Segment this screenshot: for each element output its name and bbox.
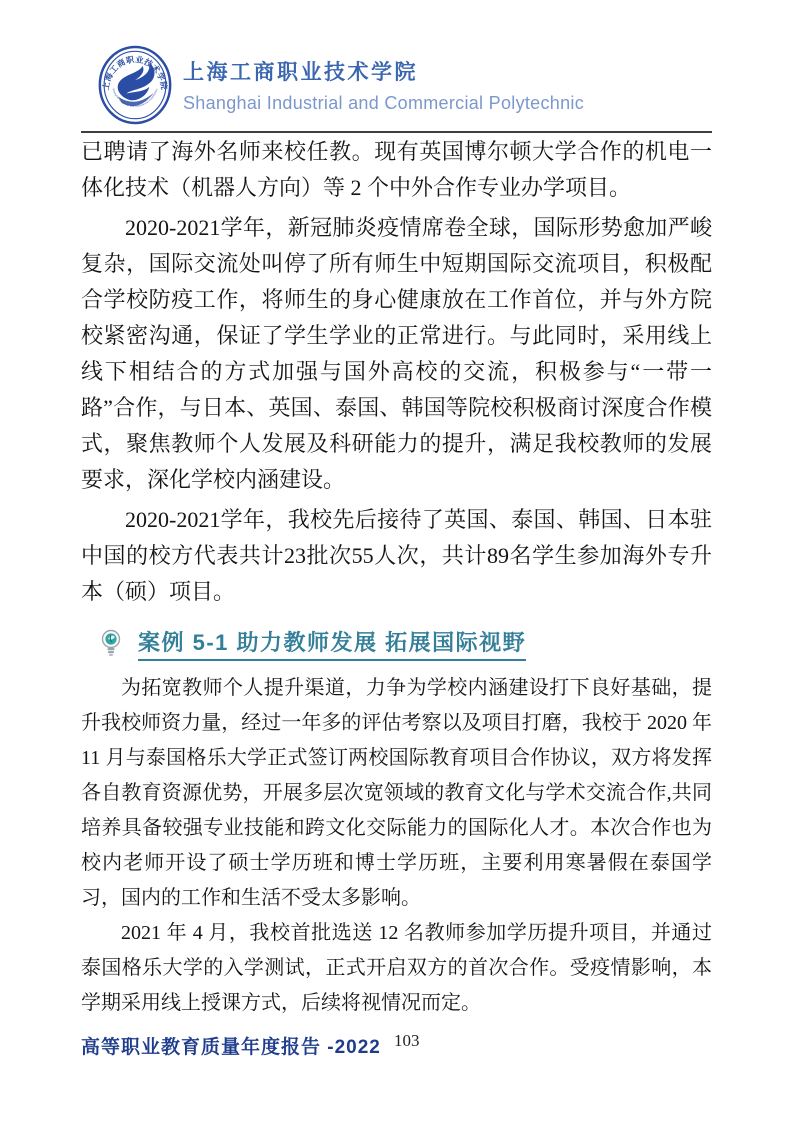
page-content: 已聘请了海外名师来校任教。现有英国博尔顿大学合作的机电一体化技术（机器人方向）等…	[81, 134, 712, 1021]
body-paragraph: 2020-2021学年，我校先后接待了英国、泰国、韩国、日本驻中国的校方代表共计…	[81, 502, 712, 610]
school-name-en: Shanghai Industrial and Commercial Polyt…	[183, 93, 584, 114]
body-paragraph: 已聘请了海外名师来校任教。现有英国博尔顿大学合作的机电一体化技术（机器人方向）等…	[81, 134, 712, 206]
case-paragraph: 2021 年 4 月，我校首批选送 12 名教师参加学历提升项目，并通过泰国格乐…	[81, 916, 712, 1021]
case-study-section: 案例 5-1 助力教师发展 拓展国际视野 为拓宽教师个人提升渠道，力争为学校内涵…	[81, 626, 712, 1021]
case-study-title: 案例 5-1 助力教师发展 拓展国际视野	[138, 626, 526, 661]
footer-report-title: 高等职业教育质量年度报告 -2022	[81, 1032, 381, 1059]
page-number: 103	[394, 1031, 420, 1051]
school-name-zh: 上海工商职业技术学院	[183, 60, 584, 86]
lightbulb-icon	[99, 629, 123, 659]
case-study-heading: 案例 5-1 助力教师发展 拓展国际视野	[99, 626, 712, 661]
case-study-body: 为拓宽教师个人提升渠道，力争为学校内涵建设打下良好基础，提升我校师资力量，经过一…	[81, 671, 712, 1021]
document-page: 上海工商职业技术学院 Shanghai Industrial and Comme…	[0, 0, 793, 1122]
school-emblem-icon: 上海工商职业技术学院 Shanghai Industrial and Comme…	[97, 44, 173, 126]
header-titles: 上海工商职业技术学院 Shanghai Industrial and Comme…	[183, 60, 584, 114]
body-paragraph: 2020-2021学年，新冠肺炎疫情席卷全球，国际形势愈加严峻复杂，国际交流处叫…	[81, 210, 712, 498]
header-divider	[81, 131, 712, 133]
case-paragraph: 为拓宽教师个人提升渠道，力争为学校内涵建设打下良好基础，提升我校师资力量，经过一…	[81, 671, 712, 916]
